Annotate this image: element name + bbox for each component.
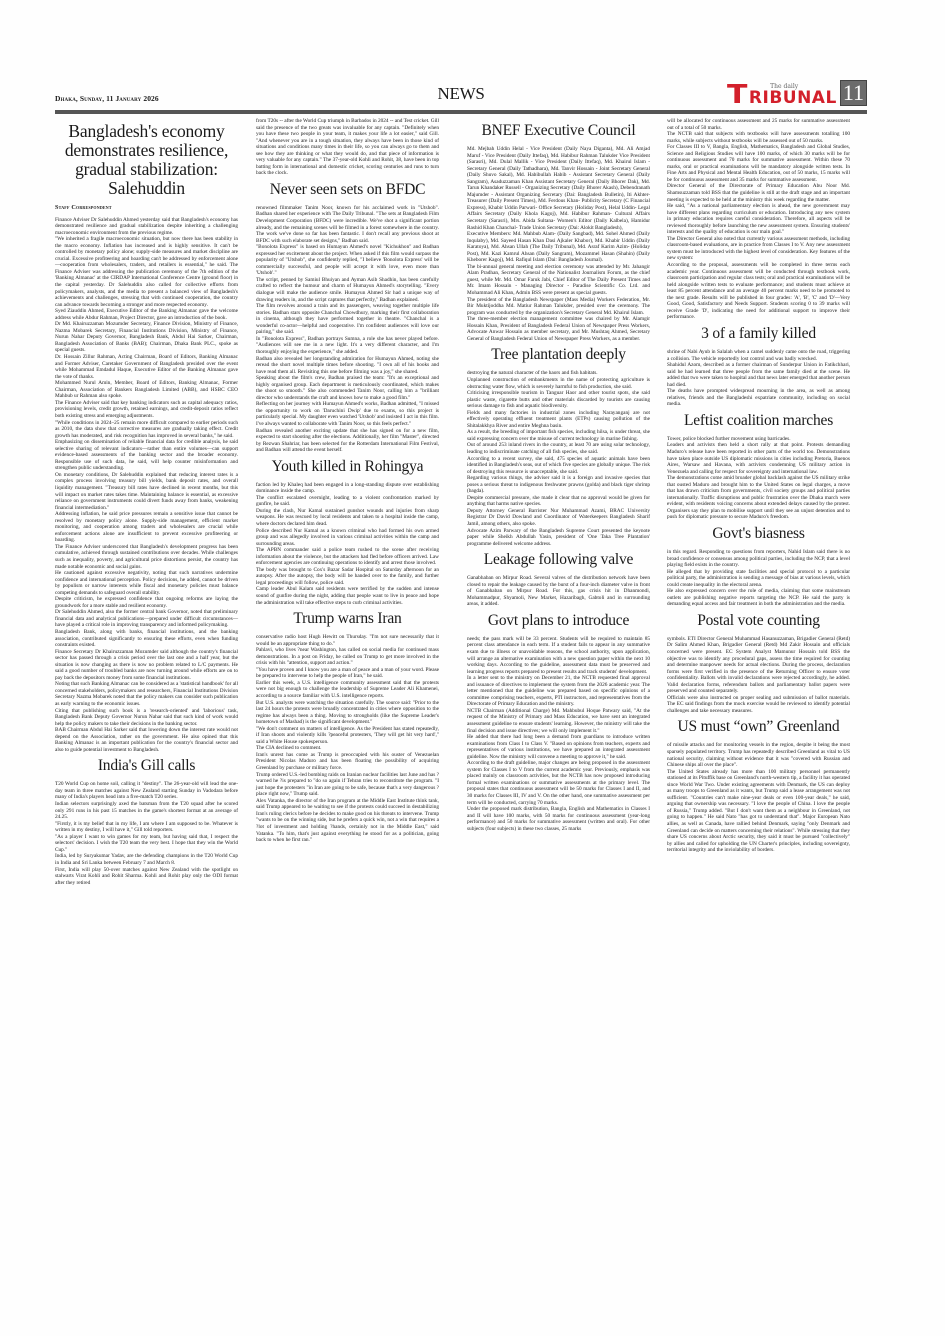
article-headline[interactable]: Govt plans to introduce bbox=[467, 612, 650, 629]
article-paragraph: Out of around 253 inland rivers in the c… bbox=[467, 442, 650, 455]
article-headline[interactable]: BNEF Executive Council bbox=[467, 122, 650, 139]
article-paragraph: As a result, the breeding of important f… bbox=[467, 429, 650, 442]
article-leakage: Leakage following valve Ganabhaban on Mi… bbox=[467, 551, 650, 608]
article-paragraph: According to a recent survey, she said, … bbox=[467, 456, 650, 476]
article-paragraph: The three-member election management com… bbox=[467, 316, 650, 342]
article-paragraph: Shahidul Azom, described as a former cha… bbox=[667, 362, 850, 388]
article-greenland: US must “own” Greenland of missile attac… bbox=[667, 718, 850, 853]
article-headline[interactable]: Never seen sets on BFDC bbox=[256, 181, 439, 198]
article-rohingya: Youth killed in Rohingya faction led by … bbox=[256, 458, 439, 606]
masthead: Dhaka, Sunday, 11 January 2026 NEWS The … bbox=[55, 78, 867, 108]
article-paragraph: Despite commercial pressure, she made it… bbox=[467, 495, 650, 508]
article-paragraph: He alleged that by providing state facil… bbox=[667, 569, 850, 589]
article-paragraph: Bangladesh Bank, along with banks, finan… bbox=[55, 629, 238, 649]
article-paragraph: For Classes III to V, Bangla, English, M… bbox=[667, 144, 850, 183]
article-paragraph: Dr. Hossain Zillur Rahman, Acting Chairm… bbox=[55, 354, 238, 380]
article-paragraph: According to the draft guideline, major … bbox=[467, 760, 650, 806]
article-paragraph: Mohammed Nurul Amin, Member, Board of Ed… bbox=[55, 380, 238, 400]
article-paragraph: The Finance Adviser said that key bankin… bbox=[55, 400, 238, 420]
article-paragraph: The Director General also noted that cur… bbox=[667, 236, 850, 262]
article-paragraph: The United States already has more than … bbox=[667, 769, 850, 854]
page-number: 11 bbox=[840, 80, 867, 106]
article-govt-plans: Govt plans to introduce needs; the pass … bbox=[467, 612, 650, 832]
article-paragraph: Indian selectors surprisingly axed the b… bbox=[55, 801, 238, 821]
article-paragraph: Despite criticism, he expressed confiden… bbox=[55, 596, 238, 609]
article-headline[interactable]: Tree plantation deeply bbox=[467, 346, 650, 363]
article-paragraph: According to the proposal, assessments w… bbox=[667, 262, 850, 321]
article-paragraph: Badhan also revealed her longstanding ad… bbox=[256, 356, 439, 376]
article-paragraph: Advocate Azim Parwary of the Bangladesh … bbox=[467, 528, 650, 548]
article-paragraph: Speaking about the film's crew, Badhan p… bbox=[256, 375, 439, 401]
article-paragraph: Dr Md. Khairuzzaman Mozumder Secretary, … bbox=[55, 321, 238, 354]
article-paragraph: "Bonolota Express" is based on Humayun A… bbox=[256, 244, 439, 277]
article-paragraph: "Firstly, it is my belief that in my lif… bbox=[55, 821, 238, 834]
newspaper-logo[interactable]: The daily T RIBUNAL 11 bbox=[727, 78, 867, 106]
article-paragraph: In "Bonolota Express", Badhan portrays S… bbox=[256, 336, 439, 356]
article-paragraph: NCTB Chairman (Additional Charge) Md. Ma… bbox=[467, 708, 650, 734]
article-paragraph: The bi-annual general meeting and electi… bbox=[467, 264, 650, 297]
article-paragraph: needs; the pass mark will be 33 percent.… bbox=[467, 636, 650, 675]
article-paragraph: Finance Secretary Dr Khairuzzaman Mozumd… bbox=[55, 649, 238, 682]
column-4: will be allocated for continuous assessm… bbox=[667, 118, 850, 854]
article-paragraph: will be allocated for continuous assessm… bbox=[667, 118, 850, 131]
article-paragraph: The deaths have prompted widespread mour… bbox=[667, 388, 850, 408]
article-paragraph: Deputy Attorney General Barrister Nur Mu… bbox=[467, 508, 650, 528]
article-paragraph: T20 World Cup on home soil, calling it "… bbox=[55, 781, 238, 801]
article-leftist-coalition: Leftist coalition marches Tower, police … bbox=[667, 412, 850, 521]
column-3: BNEF Executive Council Md. Mejbah Uddin … bbox=[467, 118, 650, 832]
article-paragraph: Pahlavi, who lives ?near Washington, has… bbox=[256, 647, 439, 667]
article-paragraph: Alex Vatanka, the director of the Iran p… bbox=[256, 798, 439, 844]
article-paragraph: He also expressed concern over the role … bbox=[667, 588, 850, 608]
article-paragraph: "While conditions in 2024–25 remain more… bbox=[55, 420, 238, 440]
article-paragraph: Under the proposed mark distribution, Ba… bbox=[467, 806, 650, 832]
article-paragraph: The script, penned by Samiul Bhuiyan and… bbox=[256, 277, 439, 303]
article-headline[interactable]: Govt's biasness bbox=[667, 525, 850, 542]
article-paragraph: The president of the Bangladesh Newspape… bbox=[467, 297, 650, 317]
article-paragraph: The film revolves around a train and its… bbox=[256, 303, 439, 336]
article-paragraph: Ganabhaban on Mirpur Road. Several valve… bbox=[467, 575, 650, 608]
article-paragraph: "We inherited a fragile macroeconomic si… bbox=[55, 236, 238, 308]
article-paragraph: conservative radio host Hugh Hewitt on T… bbox=[256, 634, 439, 647]
article-paragraph: "We don't comment on matters of intellig… bbox=[256, 726, 439, 746]
article-paragraph: Criticising irresponsible tourism in Tan… bbox=[467, 390, 650, 410]
article-bfdc: Never seen sets on BFDC renowned filmmak… bbox=[256, 181, 439, 454]
article-paragraph: Addressing inflation, he said price pres… bbox=[55, 511, 238, 544]
article-family-killed: 3 of a family killed shrine of Nabi Ayub… bbox=[667, 325, 850, 408]
brand-wordmark: The daily T RIBUNAL bbox=[727, 84, 837, 106]
article-economy: Bangladesh's economy demonstrates resili… bbox=[55, 122, 238, 753]
article-paragraph: renowned filmmaker Tanim Noor, known for… bbox=[256, 205, 439, 244]
article-paragraph: The conflict escalated overnight, leadin… bbox=[256, 495, 439, 508]
article-paragraph: Emphasizing on dissemination of reliable… bbox=[55, 439, 238, 472]
article-paragraph: Syed Ziauddin Ahmed, Executive Editor of… bbox=[55, 308, 238, 321]
article-gill-continued: from T20s -- after the World Cup triumph… bbox=[256, 118, 439, 177]
article-paragraph: Md. Mejbah Uddin Helal - Vice President … bbox=[467, 146, 650, 231]
masthead-rule bbox=[55, 110, 867, 114]
article-govt-biasness: Govt's biasness in this regard. Respondi… bbox=[667, 525, 850, 608]
article-paragraph: First, India will play 50-over matches a… bbox=[55, 867, 238, 887]
article-paragraph: shrine of Nabi Ayub in Salalah when a ca… bbox=[667, 349, 850, 362]
article-paragraph: Badhan revealed another exciting update … bbox=[256, 428, 439, 454]
article-paragraph: The demonstrations come amid broader glo… bbox=[667, 475, 850, 521]
article-tree-plantation: Tree plantation deeply destroying the na… bbox=[467, 346, 650, 547]
article-paragraph: During the clash, Nur Kamal sustained gu… bbox=[256, 508, 439, 528]
article-headline[interactable]: Bangladesh's economy demonstrates resili… bbox=[55, 122, 238, 198]
article-paragraph: Unplanned construction of embankments in… bbox=[467, 377, 650, 390]
article-paragraph: Camp leader Abul Kalam said residents we… bbox=[256, 586, 439, 606]
column-2: from T20s -- after the World Cup triumph… bbox=[256, 118, 439, 844]
article-paragraph: Dr Salehuddin Ahmed, also the former cen… bbox=[55, 609, 238, 629]
article-paragraph: The APBN commander said a police team ru… bbox=[256, 547, 439, 567]
article-headline[interactable]: Trump warns Iran bbox=[256, 610, 439, 627]
article-paragraph: Earlier this week, a U.S. intelligence c… bbox=[256, 680, 439, 700]
article-paragraph: "You have proven and I know you are a ma… bbox=[256, 667, 439, 680]
column-1: Bangladesh's economy demonstrates resili… bbox=[55, 118, 238, 886]
article-byline: Staff Correspondent bbox=[55, 205, 238, 212]
article-trump-iran: Trump warns Iran conservative radio host… bbox=[256, 610, 439, 844]
article-paragraph: Officials were also instructed on proper… bbox=[667, 695, 850, 715]
article-headline[interactable]: US must “own” Greenland bbox=[667, 718, 850, 735]
article-headline[interactable]: 3 of a family killed bbox=[667, 325, 850, 342]
logo-tagline: The daily bbox=[770, 83, 798, 90]
article-paragraph: "As a player I want to win games for my … bbox=[55, 834, 238, 854]
article-paragraph: Iran's unrest has come as Trump is preoc… bbox=[256, 752, 439, 772]
article-headline[interactable]: Leftist coalition marches bbox=[667, 412, 850, 429]
article-paragraph: The Finance Adviser underscored that Ban… bbox=[55, 544, 238, 570]
article-paragraph: of missile attacks and for monitoring ve… bbox=[667, 742, 850, 768]
article-paragraph: Noting that such Banking Almanac can be … bbox=[55, 681, 238, 707]
article-paragraph: The body was brought to Cox's Bazar Sada… bbox=[256, 567, 439, 587]
article-paragraph: Director General of the Directorate of P… bbox=[667, 183, 850, 203]
article-paragraph: Finance Adviser Dr Salehuddin Ahmed yest… bbox=[55, 217, 238, 237]
article-paragraph: Police described Nur Kamal as a known cr… bbox=[256, 528, 439, 548]
article-paragraph: He added that there had long been a dema… bbox=[467, 734, 650, 760]
article-paragraph: Fields and many factories in industrial … bbox=[467, 410, 650, 430]
article-paragraph: He cautioned against excessive negativit… bbox=[55, 570, 238, 596]
article-govt-plans-continued: will be allocated for continuous assessm… bbox=[667, 118, 850, 321]
article-headline[interactable]: Postal vote counting bbox=[667, 612, 850, 629]
article-postal-vote: Postal vote counting symbols. ETI Direct… bbox=[667, 612, 850, 715]
article-paragraph: The NCTB said that subjects with textboo… bbox=[667, 131, 850, 144]
article-paragraph: But U.S. analysts were watching the situ… bbox=[256, 700, 439, 726]
article-paragraph: In a letter sent to the ministry on Dece… bbox=[467, 675, 650, 708]
article-paragraph: Citing that publishing such book is a 'r… bbox=[55, 708, 238, 728]
article-paragraph: India, led by Suryakumar Yadav, are the … bbox=[55, 853, 238, 866]
article-headline[interactable]: Leakage following valve bbox=[467, 551, 650, 568]
article-paragraph: On monetary conditions, Dr Salehuddin ex… bbox=[55, 472, 238, 511]
article-paragraph: Reflecting on her journey with Humayun A… bbox=[256, 401, 439, 427]
article-paragraph: Regarding various things, the adviser sa… bbox=[467, 475, 650, 495]
logo-wordmark: RIBUNAL bbox=[749, 90, 837, 106]
article-headline[interactable]: India's Gill calls bbox=[55, 757, 238, 774]
article-paragraph: He said, "As a national parliamentary el… bbox=[667, 203, 850, 236]
article-gill: India's Gill calls T20 World Cup on home… bbox=[55, 757, 238, 886]
article-bnef: BNEF Executive Council Md. Mejbah Uddin … bbox=[467, 122, 650, 342]
article-paragraph: in this regard. Responding to questions … bbox=[667, 549, 850, 569]
article-paragraph: Leaders and activists then held a short … bbox=[667, 442, 850, 475]
article-paragraph: faction led by Khaleq had been engaged i… bbox=[256, 482, 439, 495]
article-paragraph: BAB Chairman Abdul Hai Sarker said that … bbox=[55, 727, 238, 753]
logo-first-letter: T bbox=[727, 84, 747, 106]
article-paragraph: Executive Members: Md. Mahbub Alam- (Dai… bbox=[467, 231, 650, 264]
article-paragraph: Trump ordered U.S.-led bombing raids on … bbox=[256, 772, 439, 798]
article-paragraph: symbols. ETI Director General Muhammad H… bbox=[667, 636, 850, 695]
article-paragraph: from T20s -- after the World Cup triumph… bbox=[256, 118, 439, 177]
article-headline[interactable]: Youth killed in Rohingya bbox=[256, 458, 439, 475]
